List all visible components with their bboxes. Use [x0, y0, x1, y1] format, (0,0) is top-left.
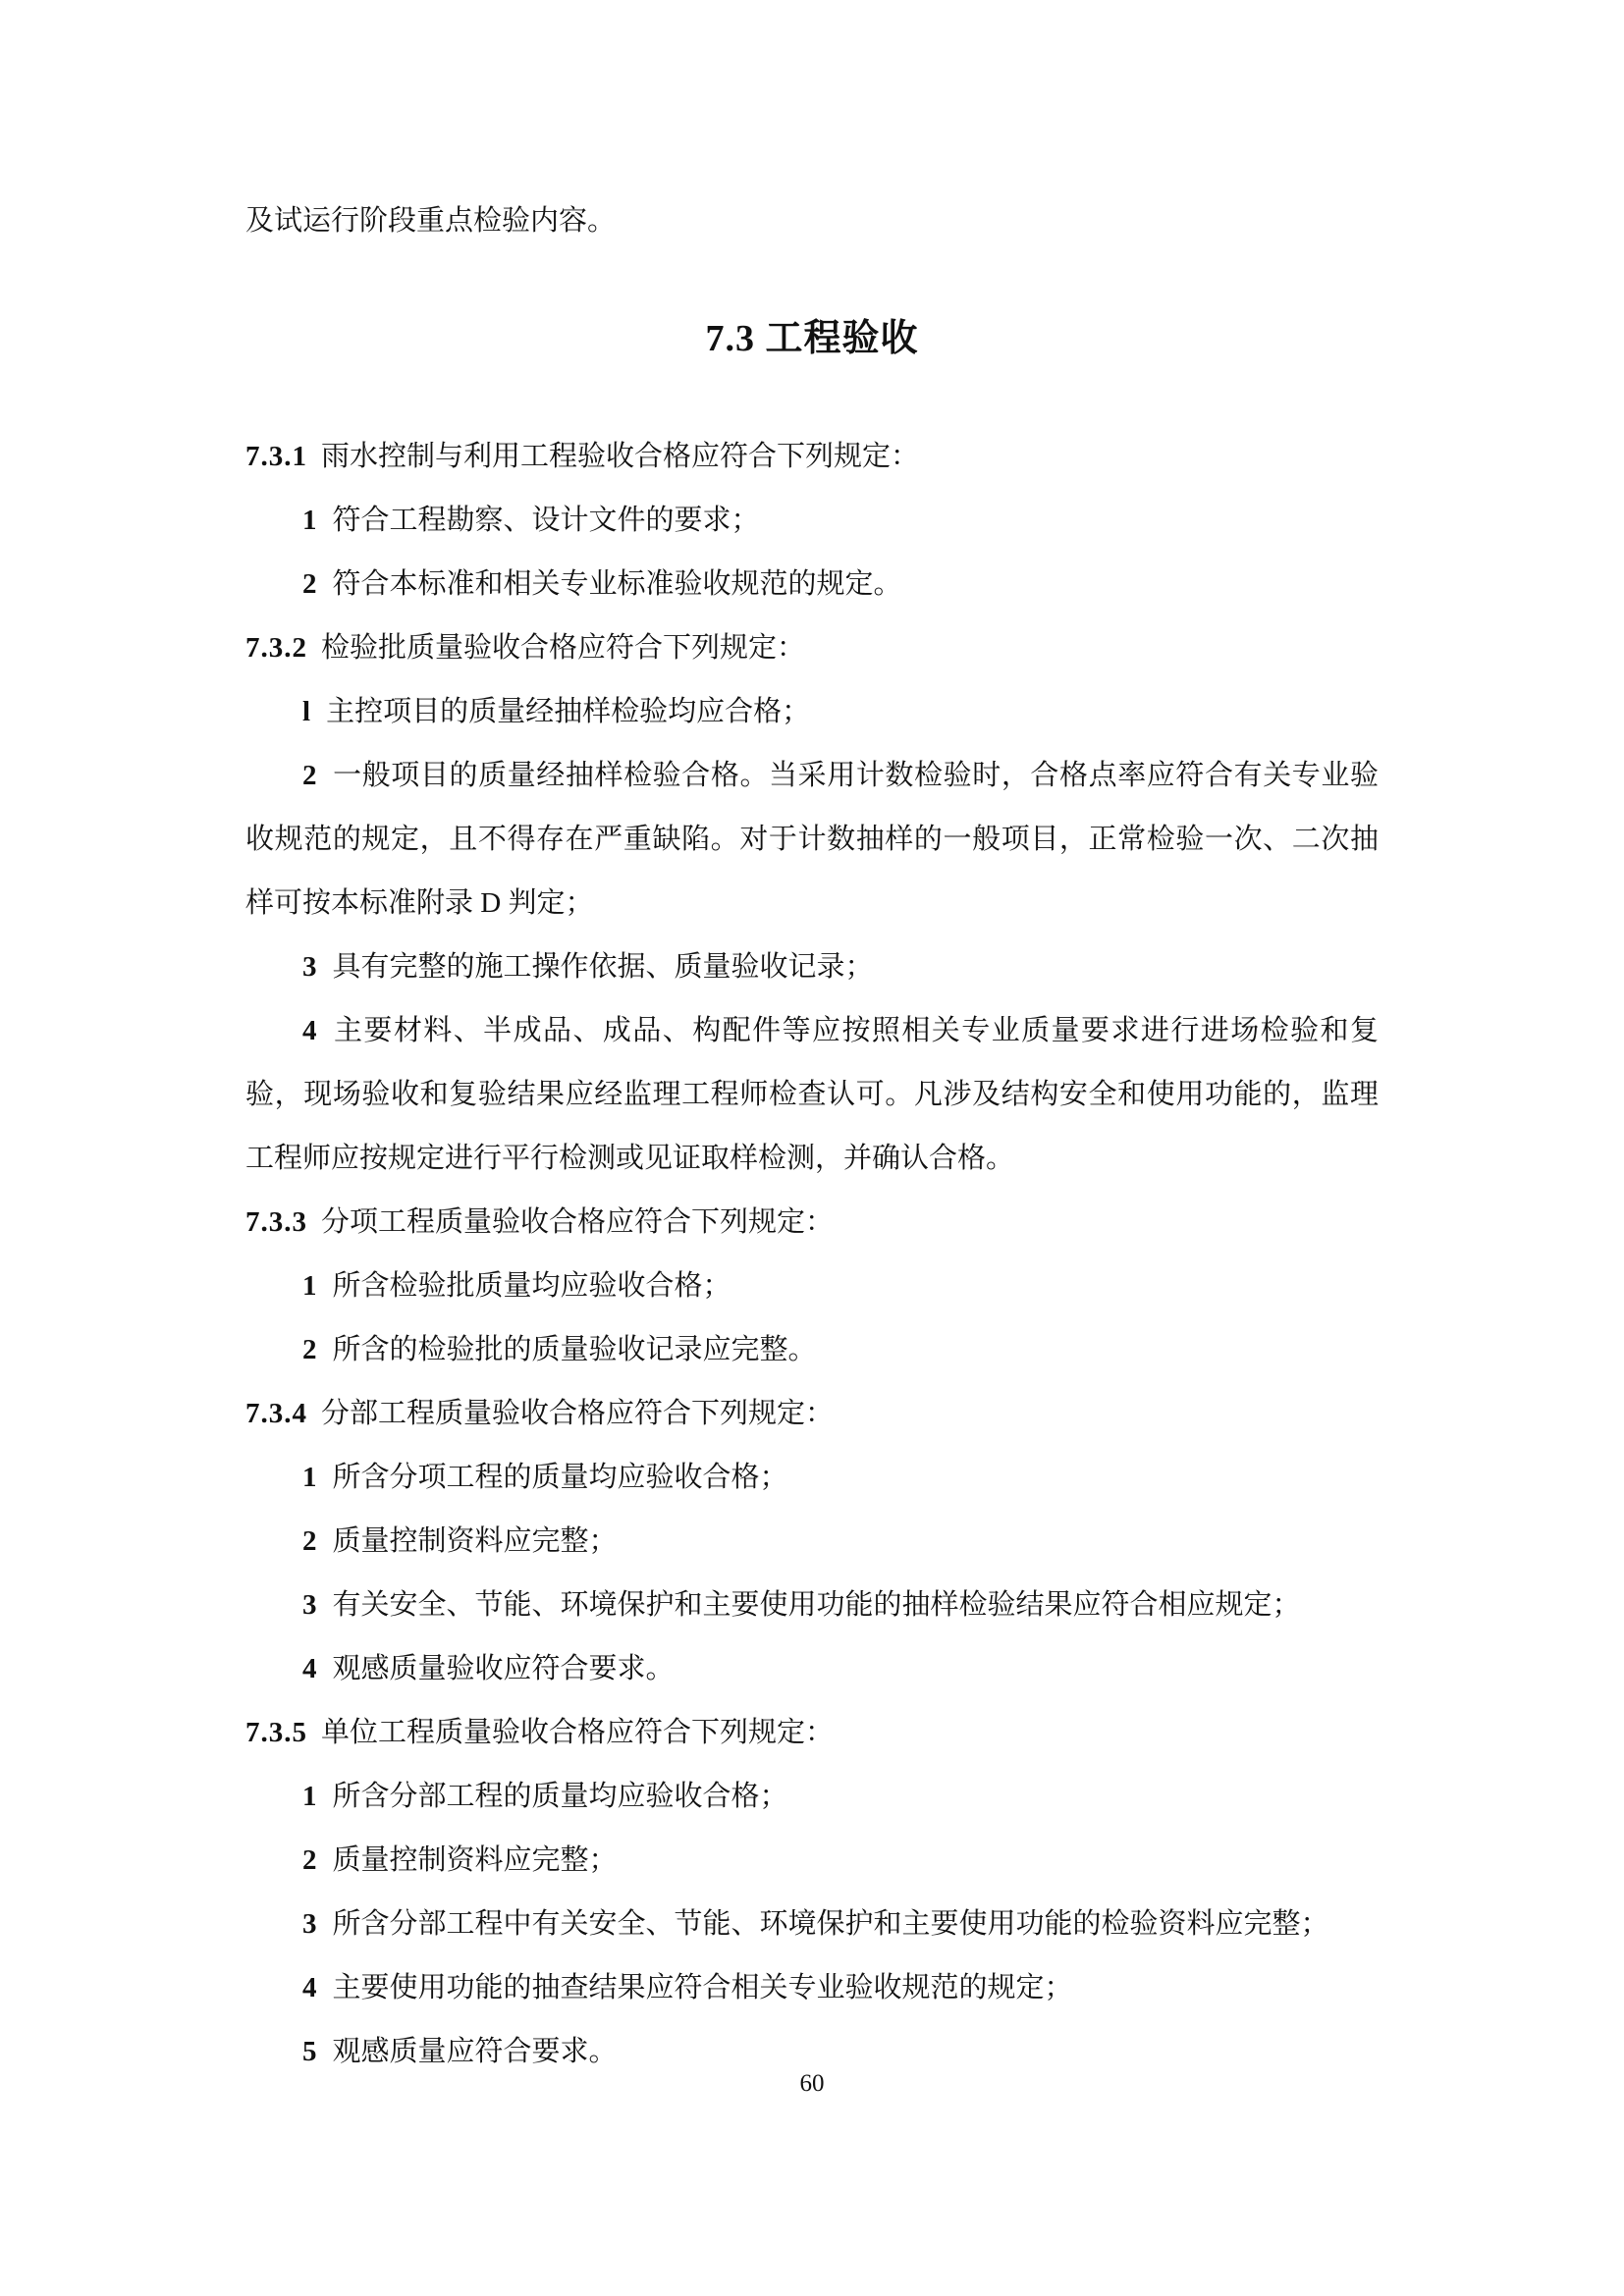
item-number: 2 — [302, 1334, 317, 1365]
clause-item: 3所含分部工程中有关安全、节能、环境保护和主要使用功能的检验资料应完整； — [245, 1893, 1379, 1956]
item-number: 2 — [302, 1525, 317, 1557]
clause-item: 2一般项目的质量经抽样检验合格。当采用计数检验时，合格点率应符合有关专业验收规范… — [245, 744, 1379, 935]
page-number: 60 — [0, 2064, 1624, 2104]
item-text: 有关安全、节能、环境保护和主要使用功能的抽样检验结果应符合相应规定； — [333, 1589, 1301, 1621]
clause-item: 1符合工程勘察、设计文件的要求； — [245, 489, 1379, 553]
clause-heading: 7.3.5单位工程质量验收合格应符合下列规定： — [245, 1701, 1379, 1765]
clause-heading-text: 雨水控制与利用工程验收合格应符合下列规定： — [321, 441, 919, 472]
clause-item: l主控项目的质量经抽样检验均应合格； — [245, 680, 1379, 744]
clause-item: 3具有完整的施工操作依据、质量验收记录； — [245, 935, 1379, 999]
intro-paragraph: 及试运行阶段重点检验内容。 — [245, 189, 1379, 253]
item-text: 所含分项工程的质量均应验收合格； — [333, 1462, 788, 1493]
clause-number: 7.3.2 — [245, 632, 307, 664]
item-text: 质量控制资料应完整； — [333, 1844, 618, 1876]
clause-item: 4主要材料、半成品、成品、构配件等应按照相关专业质量要求进行进场检验和复验，现场… — [245, 999, 1379, 1191]
item-number: 1 — [302, 1781, 317, 1812]
item-number: 4 — [302, 1015, 317, 1046]
item-text: 符合工程勘察、设计文件的要求； — [333, 505, 760, 536]
item-text: 具有完整的施工操作依据、质量验收记录； — [333, 951, 874, 983]
item-number: 2 — [302, 1844, 317, 1876]
document-content: 及试运行阶段重点检验内容。 7.3 工程验收 7.3.1雨水控制与利用工程验收合… — [245, 189, 1379, 2084]
item-text: 主要使用功能的抽查结果应符合相关专业验收规范的规定； — [333, 1972, 1073, 2003]
clause-heading-text: 单位工程质量验收合格应符合下列规定： — [321, 1717, 834, 1748]
clause-7-3-4: 7.3.4分部工程质量验收合格应符合下列规定： 1所含分项工程的质量均应验收合格… — [245, 1382, 1379, 1701]
item-text: 观感质量应符合要求。 — [333, 2036, 618, 2067]
clause-7-3-3: 7.3.3分项工程质量验收合格应符合下列规定： 1所含检验批质量均应验收合格； … — [245, 1191, 1379, 1382]
item-number: 2 — [302, 568, 317, 600]
item-number: 1 — [302, 505, 317, 536]
clause-heading-text: 检验批质量验收合格应符合下列规定： — [321, 632, 805, 664]
clause-item: 1所含检验批质量均应验收合格； — [245, 1255, 1379, 1318]
item-number: l — [302, 696, 310, 727]
item-number: 3 — [302, 1908, 317, 1940]
item-text: 一般项目的质量经抽样检验合格。当采用计数检验时，合格点率应符合有关专业验收规范的… — [245, 760, 1379, 919]
clause-heading-text: 分部工程质量验收合格应符合下列规定： — [321, 1398, 834, 1429]
clause-item: 2质量控制资料应完整； — [245, 1510, 1379, 1574]
clause-item: 4观感质量验收应符合要求。 — [245, 1637, 1379, 1701]
item-text: 所含检验批质量均应验收合格； — [333, 1270, 731, 1302]
clause-7-3-5: 7.3.5单位工程质量验收合格应符合下列规定： 1所含分部工程的质量均应验收合格… — [245, 1701, 1379, 2084]
item-text: 主要材料、半成品、成品、构配件等应按照相关专业质量要求进行进场检验和复验，现场验… — [245, 1015, 1379, 1174]
item-number: 4 — [302, 1653, 317, 1684]
clause-7-3-2: 7.3.2检验批质量验收合格应符合下列规定： l主控项目的质量经抽样检验均应合格… — [245, 616, 1379, 1191]
clause-number: 7.3.1 — [245, 441, 307, 472]
clause-item: 2所含的检验批的质量验收记录应完整。 — [245, 1318, 1379, 1382]
item-number: 4 — [302, 1972, 317, 2003]
clause-item: 2符合本标准和相关专业标准验收规范的规定。 — [245, 553, 1379, 616]
clause-number: 7.3.3 — [245, 1206, 307, 1238]
clause-item: 2质量控制资料应完整； — [245, 1829, 1379, 1893]
clause-item: 1所含分部工程的质量均应验收合格； — [245, 1765, 1379, 1829]
section-title: 7.3 工程验收 — [245, 307, 1379, 371]
item-number: 2 — [302, 760, 317, 791]
clause-heading: 7.3.3分项工程质量验收合格应符合下列规定： — [245, 1191, 1379, 1255]
clause-item: 3有关安全、节能、环境保护和主要使用功能的抽样检验结果应符合相应规定； — [245, 1574, 1379, 1637]
clause-number: 7.3.4 — [245, 1398, 307, 1429]
item-text: 观感质量验收应符合要求。 — [333, 1653, 675, 1684]
item-text: 所含分部工程的质量均应验收合格； — [333, 1781, 788, 1812]
item-number: 1 — [302, 1270, 317, 1302]
item-text: 符合本标准和相关专业标准验收规范的规定。 — [333, 568, 902, 600]
clause-heading: 7.3.1雨水控制与利用工程验收合格应符合下列规定： — [245, 425, 1379, 489]
item-text: 所含分部工程中有关安全、节能、环境保护和主要使用功能的检验资料应完整； — [333, 1908, 1329, 1940]
clause-number: 7.3.5 — [245, 1717, 307, 1748]
clause-7-3-1: 7.3.1雨水控制与利用工程验收合格应符合下列规定： 1符合工程勘察、设计文件的… — [245, 425, 1379, 616]
clause-heading: 7.3.4分部工程质量验收合格应符合下列规定： — [245, 1382, 1379, 1446]
document-page: 及试运行阶段重点检验内容。 7.3 工程验收 7.3.1雨水控制与利用工程验收合… — [0, 0, 1624, 2296]
item-number: 3 — [302, 1589, 317, 1621]
clause-heading-text: 分项工程质量验收合格应符合下列规定： — [321, 1206, 834, 1238]
item-number: 1 — [302, 1462, 317, 1493]
item-text: 所含的检验批的质量验收记录应完整。 — [333, 1334, 817, 1365]
clause-item: 1所含分项工程的质量均应验收合格； — [245, 1446, 1379, 1510]
clause-item: 4主要使用功能的抽查结果应符合相关专业验收规范的规定； — [245, 1956, 1379, 2020]
item-text: 质量控制资料应完整； — [333, 1525, 618, 1557]
item-number: 3 — [302, 951, 317, 983]
clause-heading: 7.3.2检验批质量验收合格应符合下列规定： — [245, 616, 1379, 680]
item-number: 5 — [302, 2036, 317, 2067]
item-text: 主控项目的质量经抽样检验均应合格； — [326, 696, 810, 727]
